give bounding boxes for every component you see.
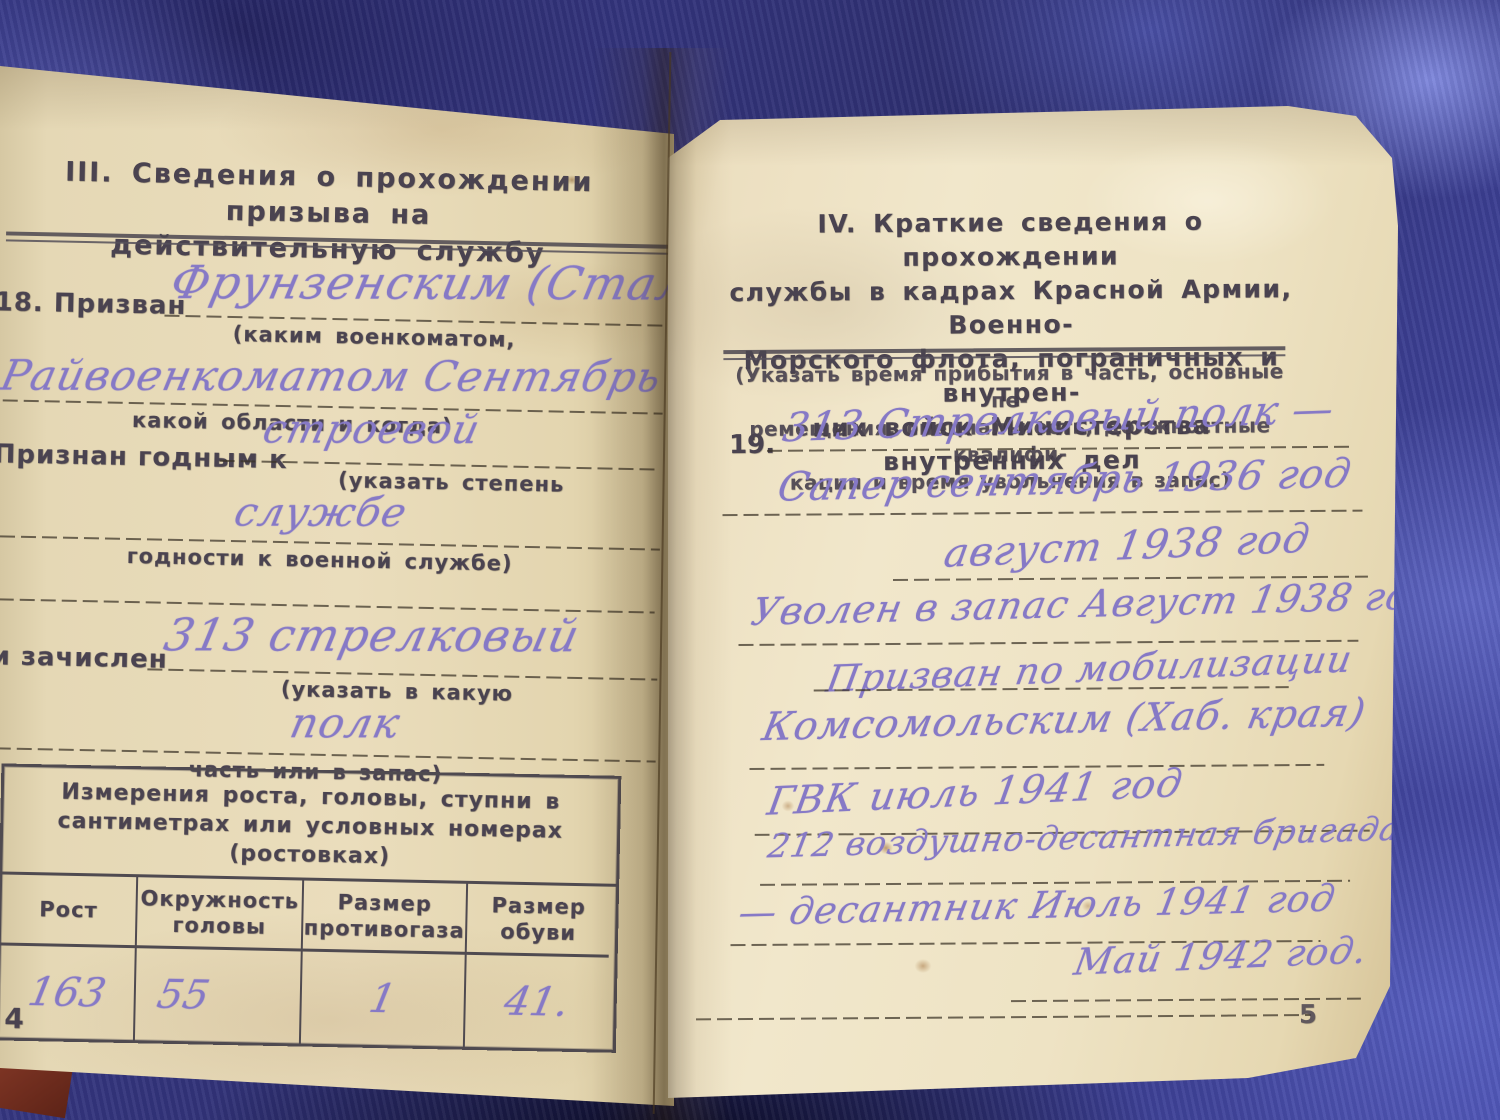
left-page-content: III. Сведения о прохождении призыва на д…	[0, 53, 684, 1112]
enlisted-handwritten-value2: полк	[286, 698, 405, 747]
height-handwritten: 163	[24, 969, 109, 1016]
left-page: III. Сведения о прохождении призыва на д…	[0, 60, 674, 1106]
fitness-label: Признан годным к	[0, 439, 288, 475]
right-page-content: IV. Краткие сведения о прохождении служб…	[665, 103, 1404, 1100]
fitness-handwritten-value2: службе	[230, 490, 411, 536]
left-page-number: 4	[4, 1002, 24, 1035]
item19-label: 19.	[729, 430, 775, 460]
measurements-table-header-row: Рост Окружность головы Размер противогаз…	[1, 874, 616, 957]
measurements-table: Измерения роста, головы, ступни в сантим…	[0, 763, 621, 1052]
service-entry-3: август 1938 год	[941, 516, 1314, 577]
enlisted-label: и зачислен	[0, 641, 168, 675]
service-entry-10: Май 1942 год.	[1071, 929, 1371, 984]
head-circumference-handwritten: 55	[153, 972, 213, 1019]
value-gasmask-size: 1	[301, 952, 467, 1047]
measurements-table-title: Измерения роста, головы, ступни в сантим…	[2, 767, 618, 887]
right-section-title-line1: IV. Краткие сведения о прохождении	[720, 204, 1300, 276]
right-page-number: 5	[1299, 1000, 1317, 1030]
item18-label: 18. Призван	[0, 287, 187, 321]
enlisted-handwritten-value: 313 стрелковый	[160, 608, 585, 662]
shoe-size-handwritten: 41.	[500, 979, 573, 1026]
left-section-title-line1: III. Сведения о прохождении призыва на	[0, 153, 670, 239]
photo-scene: III. Сведения о прохождении призыва на д…	[0, 0, 1500, 1120]
service-entry-5: Призван по мобилизации	[823, 638, 1356, 701]
service-entry-7: ГВК июль 1941 год	[764, 761, 1186, 825]
value-shoe-size: 41.	[465, 955, 609, 1050]
service-entry-4: Уволен в запас Август 1938 год.	[748, 573, 1453, 634]
right-section-title-line2: службы в кадрах Красной Армии, Военно-	[721, 272, 1301, 344]
column-header-gasmask-size: Размер противогаза	[303, 881, 468, 955]
entry-line-10b	[696, 1014, 1311, 1020]
right-page: IV. Краткие сведения о прохождении служб…	[668, 106, 1400, 1098]
entry-line-2	[722, 510, 1362, 516]
fitness-caption2: годности к военной службе)	[109, 544, 529, 576]
column-header-height: Рост	[1, 874, 138, 948]
column-header-head-circumference: Окружность головы	[137, 877, 304, 951]
column-header-shoe-size: Размер обуви	[467, 884, 610, 958]
item18-caption1: (каким военкоматом,	[214, 322, 534, 352]
measurements-table-values-row: 163 55 1 41.	[0, 945, 615, 1049]
value-head-circumference: 55	[135, 948, 303, 1043]
gasmask-size-handwritten: 1	[366, 976, 400, 1022]
fitness-handwritten-value: строевой	[259, 407, 485, 453]
